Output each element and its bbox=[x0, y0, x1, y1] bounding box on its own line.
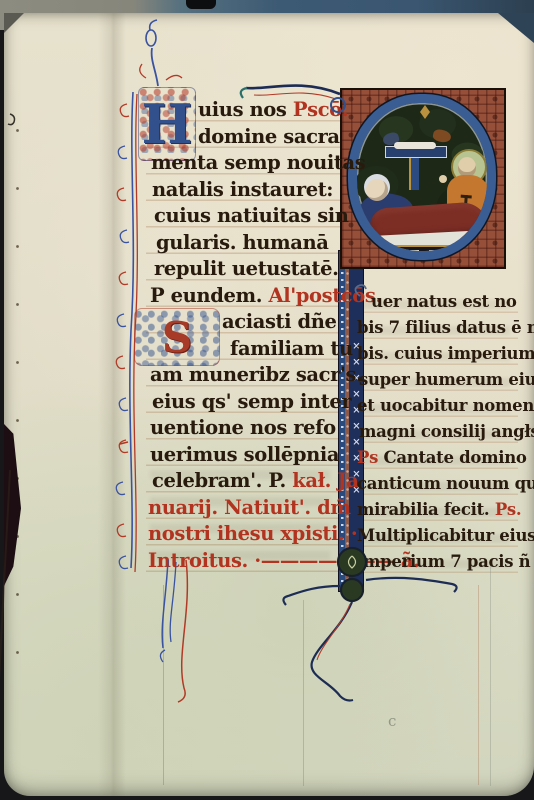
vertical-ruling bbox=[163, 585, 164, 785]
body-text: menta semp nouitas bbox=[151, 151, 365, 174]
body-text: repulit uetustatē. bbox=[154, 257, 339, 280]
text-line: repulit uetustatē. bbox=[148, 256, 348, 283]
text-line: menta semp nouitas bbox=[148, 150, 348, 177]
rubric-text: Ps. bbox=[495, 500, 522, 519]
body-text: uer natus est no bbox=[371, 292, 517, 311]
text-line: et uocabitur nomen ei9 bbox=[357, 393, 519, 419]
text-line: am muneribz sacr's. bbox=[148, 362, 348, 389]
right-text-column: uer natus est nobis 7 filius datus ē nob… bbox=[357, 289, 519, 575]
text-line: uerimus sollēpnia bbox=[148, 442, 348, 469]
body-text: P eundem. bbox=[150, 284, 268, 307]
text-line: gularis. humanā bbox=[148, 230, 348, 257]
rubric-text: Ps bbox=[357, 448, 384, 467]
body-text: am muneribz sacr's. bbox=[150, 363, 363, 386]
text-line: celebram'. P. kał. Ja bbox=[148, 468, 348, 495]
text-line: familiam tu bbox=[148, 336, 348, 363]
body-text: gularis. humanā bbox=[156, 231, 329, 254]
text-line: bis. cuius imperium bbox=[357, 341, 519, 367]
rubric-text: nostri ihesu xpisti. · bbox=[148, 522, 357, 545]
text-line: nuarij. Natiuit'. dm̃ bbox=[148, 495, 348, 522]
vertical-ruling bbox=[303, 600, 304, 786]
rubric-text: nuarij. Natiuit'. dm̃ bbox=[148, 496, 351, 519]
body-text: aciasti dñe bbox=[222, 310, 337, 333]
vertical-ruling bbox=[478, 585, 479, 785]
mary-head bbox=[366, 179, 388, 201]
text-line: aciasti dñe bbox=[148, 309, 348, 336]
body-text: super humerum eius bbox=[359, 370, 534, 389]
text-line: P eundem. Al'postcōs. bbox=[148, 283, 348, 310]
text-line: uer natus est no bbox=[357, 289, 519, 315]
text-line: canticum nouum quia bbox=[357, 471, 519, 497]
body-text: natalis instauret: bbox=[152, 178, 333, 201]
body-text: uentione nos refo bbox=[150, 416, 336, 439]
text-line: bis 7 filius datus ē no bbox=[357, 315, 519, 341]
foot-margin-mark: c bbox=[388, 712, 396, 730]
text-line: magni consilij angłs. bbox=[357, 419, 519, 445]
body-text: et uocabitur nomen ei9 bbox=[357, 396, 534, 415]
manger-crib bbox=[385, 146, 447, 158]
text-line: eius qs' semp inter bbox=[148, 389, 348, 416]
body-text: bis 7 filius datus ē no bbox=[357, 318, 534, 337]
text-line: domine sacra bbox=[148, 124, 348, 151]
body-text: cuius natiuitas sin bbox=[154, 204, 349, 227]
body-text: Cantate domino bbox=[384, 448, 527, 467]
text-line: cuius natiuitas sin bbox=[148, 203, 348, 230]
ox-figure bbox=[432, 128, 452, 143]
joseph-hand bbox=[439, 175, 447, 183]
text-line: imperium 7 pacis ñ erit bbox=[357, 549, 519, 575]
text-line: super humerum eius bbox=[357, 367, 519, 393]
text-line: uentione nos refo bbox=[148, 415, 348, 442]
gutter-crease bbox=[98, 13, 126, 796]
vertical-ruling bbox=[490, 560, 491, 786]
body-text: magni consilij angłs. bbox=[359, 422, 534, 441]
text-line: Multiplicabitur eius bbox=[357, 523, 519, 549]
text-line: Introitus. ·——————— ã. bbox=[148, 548, 348, 575]
body-text: canticum nouum quia bbox=[357, 474, 534, 493]
text-line: uius nos Pscō. bbox=[148, 97, 348, 124]
rubric-text: Pscō. bbox=[293, 98, 348, 121]
body-text: imperium 7 pacis ñ erit bbox=[357, 552, 534, 571]
text-line: Ps Cantate domino bbox=[357, 445, 519, 471]
body-text: eius qs' semp inter bbox=[152, 390, 351, 413]
text-line: mirabilia fecit. Ps. bbox=[357, 497, 519, 523]
body-text: mirabilia fecit. bbox=[357, 500, 495, 519]
miniature-arch bbox=[348, 94, 496, 260]
backdrop-object bbox=[186, 0, 216, 9]
rubric-text: kał. Ja bbox=[292, 469, 358, 492]
prick-marks bbox=[15, 128, 20, 708]
nativity-miniature bbox=[340, 88, 506, 269]
joseph-figure bbox=[458, 157, 476, 177]
body-text: Multiplicabitur eius bbox=[357, 526, 534, 545]
manuscript-photo: ×××××××××× H S uius nos Pscō.domine sacr… bbox=[0, 0, 534, 800]
text-line: natalis instauret: bbox=[148, 177, 348, 204]
body-text: domine sacra bbox=[198, 125, 340, 148]
body-text: bis. cuius imperium bbox=[357, 344, 534, 363]
left-text-column: uius nos Pscō.domine sacramenta semp nou… bbox=[148, 97, 348, 574]
bed-frame bbox=[367, 245, 495, 260]
body-text: celebram'. P. bbox=[152, 469, 292, 492]
body-text: uerimus sollēpnia bbox=[150, 443, 339, 466]
manger-pedestal bbox=[409, 158, 419, 190]
body-text: uius nos bbox=[198, 98, 293, 121]
text-line: nostri ihesu xpisti. · bbox=[148, 521, 348, 548]
body-text: familiam tu bbox=[230, 337, 353, 360]
hanging-lamp bbox=[420, 105, 430, 119]
